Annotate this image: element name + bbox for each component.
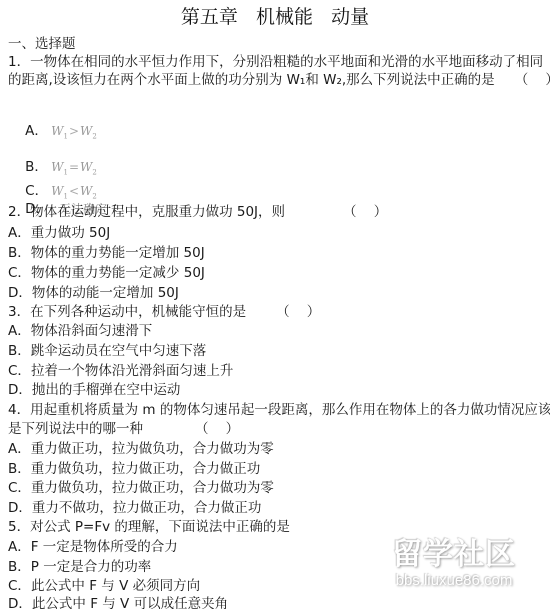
option-text: 物体的重力势能一定增加 50J bbox=[31, 245, 205, 261]
option-text: 此公式中 F 与 V 必须同方向 bbox=[31, 578, 200, 594]
watermark-logo: 留学社区 bbs.liuxue86.com bbox=[370, 538, 538, 600]
option-a: A．重力做功 50J bbox=[8, 224, 110, 242]
option-text: 重力做功 50J bbox=[31, 225, 110, 241]
section-heading: 一、选择题 bbox=[8, 35, 76, 53]
option-a: A．F 一定是物体所受的合力 bbox=[8, 538, 178, 556]
question-stem-line: 2．物体在运动过程中，克服重力做功 50J，则（ ） bbox=[8, 203, 387, 221]
option-a: A．重力做正功，拉为做负功，合力做功为零 bbox=[8, 440, 274, 458]
question-stem-line: 1．一物体在相同的水平恒力作用下，分别沿粗糙的水平地面和光滑的水平地面移动了相同 bbox=[8, 53, 543, 71]
option-text: 抛出的手榴弹在空中运动 bbox=[32, 382, 181, 398]
option-label: A． bbox=[25, 122, 51, 140]
answer-blank: （ ） bbox=[343, 204, 387, 220]
option-text: 物体的重力势能一定减少 50J bbox=[31, 265, 205, 281]
option-text: 跳伞运动员在空气中匀速下落 bbox=[31, 343, 207, 359]
option-b: B．跳伞运动员在空气中匀速下落 bbox=[8, 342, 206, 360]
formula: W1>W2 bbox=[51, 124, 97, 138]
option-text: 拉着一个物体沿光滑斜面匀速上升 bbox=[31, 363, 234, 379]
option-b: B．物体的重力势能一定增加 50J bbox=[8, 244, 205, 262]
watermark-url: bbs.liuxue86.com bbox=[370, 572, 538, 590]
option-d: D．物体的动能一定增加 50J bbox=[8, 284, 179, 302]
option-b: B．重力做负功，拉力做正功，合力做正功 bbox=[8, 460, 260, 478]
option-c: C．此公式中 F 与 V 必须同方向 bbox=[8, 577, 200, 595]
watermark-title: 留学社区 bbox=[370, 538, 538, 572]
option-d: D．重力不做功，拉力做正功，合力做正功 bbox=[8, 499, 261, 517]
question-stem-text: 的距离,设该恒力在两个水平面上做的功分别为 W₁和 W₂,那么下列说法中正确的是 bbox=[8, 72, 495, 88]
option-text: 物体的动能一定增加 50J bbox=[32, 285, 179, 301]
answer-blank: （ ） bbox=[195, 421, 239, 437]
question-stem-line: 是下列说法中的哪一种（ ） bbox=[8, 420, 239, 438]
option-text: 重力做正功，拉为做负功，合力做功为零 bbox=[31, 441, 274, 457]
question-stem-text: 2．物体在运动过程中，克服重力做功 50J，则 bbox=[8, 204, 285, 220]
question-stem-text: 3．在下列各种运动中，机械能守恒的是 bbox=[8, 304, 246, 320]
answer-blank: （ ） bbox=[515, 72, 550, 88]
answer-blank: （ ） bbox=[276, 304, 320, 320]
option-a: A．物体沿斜面匀速滑下 bbox=[8, 322, 152, 340]
option-c: C．重力做负功，拉力做正功，合力做功为零 bbox=[8, 479, 274, 497]
option-d: D．抛出的手榴弹在空中运动 bbox=[8, 381, 180, 399]
option-d: D．此公式中 F 与 V 可以成任意夹角 bbox=[8, 595, 228, 609]
question-stem-line: 3．在下列各种运动中，机械能守恒的是（ ） bbox=[8, 303, 320, 321]
option-text: P 一定是合力的功率 bbox=[31, 559, 151, 575]
option-c: C．拉着一个物体沿光滑斜面匀速上升 bbox=[8, 362, 233, 380]
question-stem-line: 4．用起重机将质量为 m 的物体匀速吊起一段距离，那么作用在物体上的各力做功情况… bbox=[8, 401, 550, 419]
option-b: B．P 一定是合力的功率 bbox=[8, 558, 151, 576]
question-stem-line: 的距离,设该恒力在两个水平面上做的功分别为 W₁和 W₂,那么下列说法中正确的是… bbox=[8, 71, 550, 89]
option-text: F 一定是物体所受的合力 bbox=[31, 539, 178, 555]
option-c: C．物体的重力势能一定减少 50J bbox=[8, 264, 205, 282]
option-text: 重力不做功，拉力做正功，合力做正功 bbox=[32, 500, 262, 516]
option-text: 此公式中 F 与 V 可以成任意夹角 bbox=[32, 596, 228, 609]
question-stem-line: 5．对公式 P=Fv 的理解，下面说法中正确的是 bbox=[8, 518, 290, 536]
page-title: 第五章 机械能 动量 bbox=[0, 2, 550, 29]
option-text: 物体沿斜面匀速滑下 bbox=[31, 323, 153, 339]
option-text: 重力做负功，拉力做正功，合力做功为零 bbox=[31, 480, 274, 496]
option-text: 重力做负功，拉力做正功，合力做正功 bbox=[31, 461, 261, 477]
question-stem-text: 是下列说法中的哪一种 bbox=[8, 421, 143, 437]
